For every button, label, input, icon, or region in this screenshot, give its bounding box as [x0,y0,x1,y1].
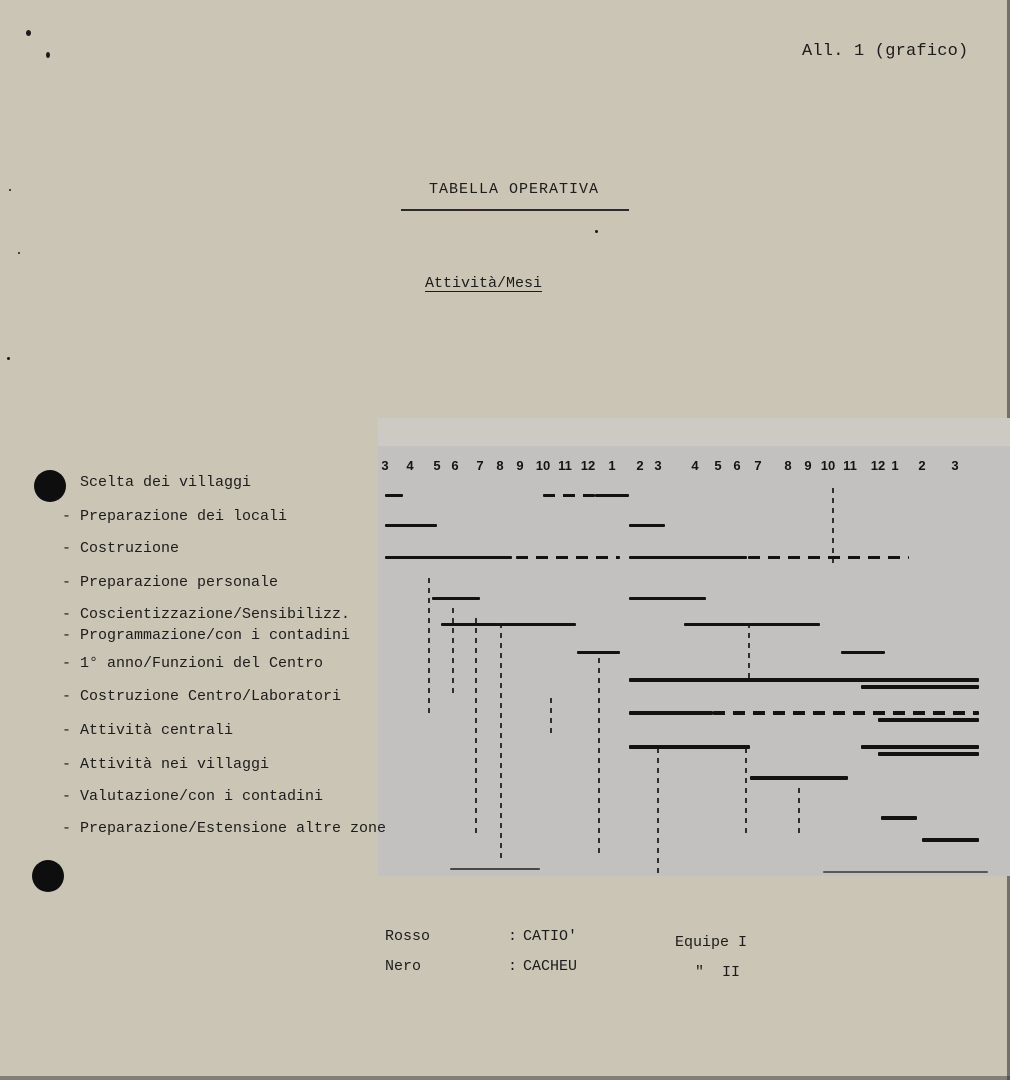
month-guide-line [748,623,750,678]
chart-baseline [450,868,540,870]
activity-row: -Costruzione [62,540,179,557]
gantt-bar [543,494,595,497]
month-guide-line [500,623,502,858]
activity-bullet: - [62,508,80,525]
document-subtitle: Attività/Mesi [425,275,542,292]
gantt-bar [750,776,848,780]
activity-label: Valutazione/con i contadini [80,788,323,805]
legend-zone: CATIO' [523,928,577,945]
month-tick-label: 3 [654,458,661,473]
gantt-chart: 3456789101112123456789101112123 [378,418,1010,876]
scan-speck [26,30,31,36]
gantt-bar [748,556,909,559]
activity-bullet: - [62,606,80,623]
month-tick-label: 7 [476,458,483,473]
month-tick-label: 8 [496,458,503,473]
activity-row: -Attività centrali [62,722,233,739]
activity-label: Programmazione/con i contadini [80,627,350,644]
title-underline [401,209,629,211]
activity-row: -Costruzione Centro/Laboratori [62,688,341,705]
activity-row: -Attività nei villaggi [62,756,269,773]
activity-bullet: - [62,540,80,557]
chart-top-band [378,418,1010,446]
gantt-bar [629,524,666,527]
month-guide-line [452,608,454,698]
activity-label: 1° anno/Funzioni del Centro [80,655,323,672]
scan-speck [7,357,10,360]
activity-label: Attività centrali [80,722,233,739]
gantt-bar [629,711,714,715]
month-tick-label: 11 [558,458,572,473]
scan-bottom-strip [0,1076,1010,1080]
month-tick-label: 9 [804,458,811,473]
gantt-bar [385,556,512,559]
activity-bullet: - [62,788,80,805]
gantt-bar [385,494,403,497]
activity-label: Costruzione Centro/Laboratori [80,688,341,705]
legend-team: Equipe I [675,934,747,951]
month-tick-label: 11 [843,458,857,473]
punch-hole [32,860,64,892]
legend-separator: : [508,958,517,975]
activity-label: Preparazione/Estensione altre zone [80,820,386,837]
activity-bullet: - [62,655,80,672]
gantt-bar [432,597,480,600]
month-tick-label: 12 [871,458,885,473]
month-tick-label: 12 [581,458,595,473]
chart-baseline [823,871,988,873]
gantt-bar [861,745,979,749]
month-tick-label: 1 [891,458,898,473]
activity-bullet: - [62,756,80,773]
gantt-bar [878,752,979,756]
month-guide-line [745,748,747,838]
gantt-bar [577,651,621,654]
activity-row: -1° anno/Funzioni del Centro [62,655,323,672]
month-tick-label: 5 [433,458,440,473]
month-tick-label: 2 [636,458,643,473]
month-guide-line [832,488,834,568]
legend-color-name: Nero [385,958,421,975]
month-tick-label: 3 [381,458,388,473]
activity-label: Coscientizzazione/Sensibilizz. [80,606,350,623]
month-tick-label: 5 [714,458,721,473]
activity-bullet: - [62,722,80,739]
activity-label: Attività nei villaggi [80,756,269,773]
annex-label: All. 1 (grafico) [802,42,968,61]
month-tick-label: 8 [784,458,791,473]
gantt-bar [629,597,707,600]
month-tick-label: 6 [451,458,458,473]
month-guide-line [550,698,552,738]
scan-speck [18,252,20,254]
gantt-bar [878,718,979,722]
gantt-bar [629,556,748,559]
activity-row: -Scelta dei villaggi [62,474,251,491]
activity-row: -Preparazione dei locali [62,508,287,525]
gantt-bar [595,494,629,497]
month-tick-label: 9 [516,458,523,473]
month-tick-label: 3 [951,458,958,473]
month-tick-label: 10 [821,458,835,473]
gantt-bar [861,685,979,689]
gantt-bar [713,711,979,715]
gantt-bar [385,524,437,527]
month-tick-label: 4 [691,458,698,473]
legend-separator: : [508,928,517,945]
legend-color-name: Rosso [385,928,430,945]
month-guide-line [475,618,477,838]
legend-zone: CACHEU [523,958,577,975]
month-tick-label: 7 [754,458,761,473]
activity-bullet: - [62,820,80,837]
month-tick-label: 1 [608,458,615,473]
gantt-bar [441,623,577,626]
activity-bullet: - [62,688,80,705]
month-tick-label: 4 [406,458,413,473]
gantt-bar [684,623,820,626]
legend-team: " II [695,964,740,981]
month-tick-label: 2 [918,458,925,473]
month-tick-label: 10 [536,458,550,473]
activity-row: -Preparazione personale [62,574,278,591]
gantt-bar [922,838,979,842]
month-tick-label: 6 [733,458,740,473]
activity-label: Preparazione personale [80,574,278,591]
scan-speck [9,189,11,191]
document-title: TABELLA OPERATIVA [400,181,628,198]
activity-row: -Programmazione/con i contadini [62,627,350,644]
month-guide-line [798,788,800,838]
month-guide-line [428,578,430,718]
activity-bullet: - [62,574,80,591]
gantt-bar [841,651,885,654]
activity-row: -Coscientizzazione/Sensibilizz. [62,606,350,623]
month-guide-line [657,748,659,878]
gantt-bar [516,556,620,559]
gantt-bar [881,816,916,820]
activity-label: Scelta dei villaggi [80,474,251,491]
gantt-bar [629,678,979,682]
activity-row: -Preparazione/Estensione altre zone [62,820,386,837]
activity-row: -Valutazione/con i contadini [62,788,323,805]
activity-bullet: - [62,627,80,644]
activity-label: Costruzione [80,540,179,557]
activity-label: Preparazione dei locali [80,508,287,525]
scan-speck [595,230,598,233]
gantt-bar [629,745,750,749]
scan-speck [46,52,50,58]
month-guide-line [598,658,600,858]
